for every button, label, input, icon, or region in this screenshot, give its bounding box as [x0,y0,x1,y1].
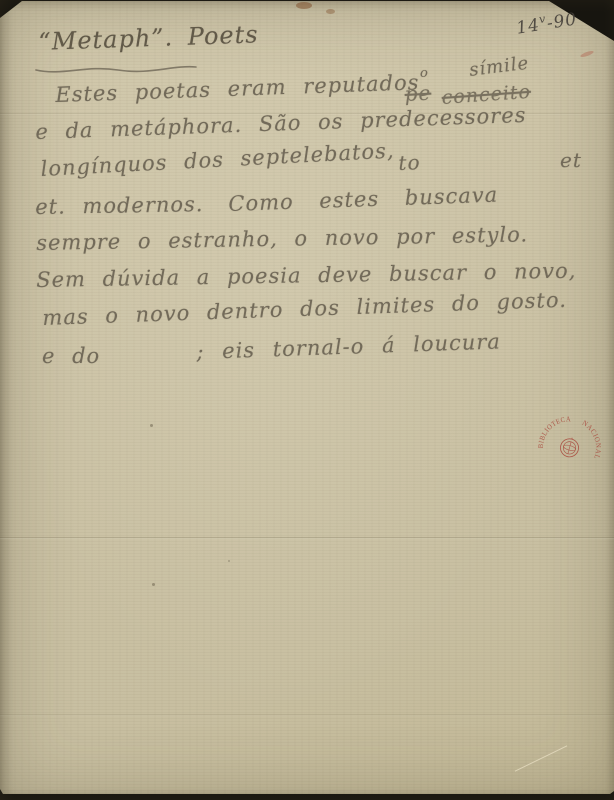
call-number-base: 14 [515,15,541,38]
stamp-emblem-armillary-icon [558,435,580,458]
stamp-text-right: NACIONAL [573,418,609,460]
line1-strike-pe: pe [404,81,432,106]
stamp-graphic: BIBLIOTECA NACIONAL [536,408,610,465]
line8-e-do: e do [42,344,100,368]
line3-et: et [560,148,582,172]
line1-sup-o: o [420,66,429,81]
stamp-text-left: BIBLIOTECA [536,408,574,454]
line4-et-modernos: et. modernos. [35,192,204,219]
line3-to: to [398,150,421,175]
manuscript-scan: 14v-90 “Metaph”. PoetsEstes poetas eram … [0,0,614,800]
